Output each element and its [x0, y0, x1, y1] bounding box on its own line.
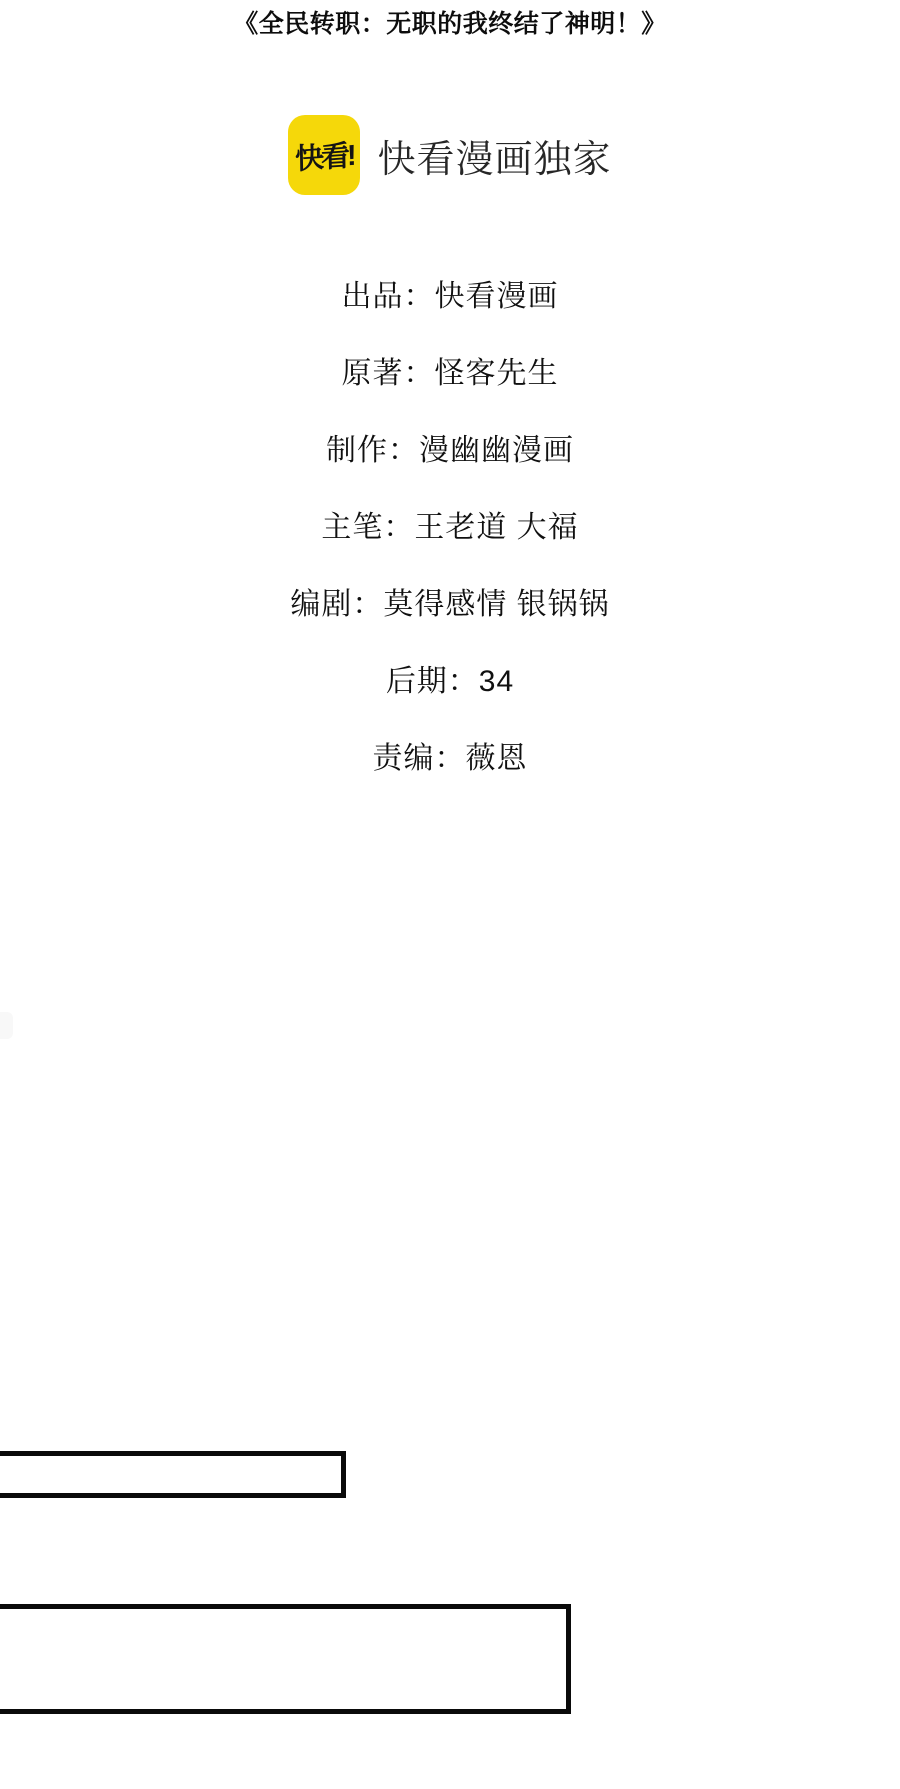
credit-line-editor: 责编：薇恩: [0, 720, 900, 797]
speech-bubble-large: [0, 1604, 571, 1714]
publisher-exclusive-label: 快看漫画独家: [377, 128, 611, 183]
credits-list: 出品：快看漫画 原著：怪客先生 制作：漫幽幽漫画 主笔：王老道 大福 编剧：莫得…: [0, 258, 900, 797]
credit-line-studio: 制作：漫幽幽漫画: [0, 412, 900, 489]
credit-line-original: 原著：怪客先生: [0, 335, 900, 412]
credit-line-lead-artist: 主笔：王老道 大福: [0, 489, 900, 566]
credit-line-screenwriter: 编剧：莫得感情 银锅锅: [0, 566, 900, 643]
credit-line-postprod: 后期：34: [0, 643, 900, 720]
speech-bubble-small: [0, 1451, 346, 1498]
publisher-logo-row: 快看! 快看漫画独家: [0, 112, 900, 198]
comic-credits-page: 《全民转职：无职的我终结了神明！》 快看! 快看漫画独家 出品：快看漫画 原著：…: [0, 0, 900, 1789]
kuaikan-logo-badge-text: 快看!: [295, 132, 354, 177]
series-title: 《全民转职：无职的我终结了神明！》: [0, 4, 900, 40]
left-edge-artifact: [0, 1012, 13, 1039]
kuaikan-logo-icon: 快看!: [288, 115, 360, 195]
credit-line-producer: 出品：快看漫画: [0, 258, 900, 335]
